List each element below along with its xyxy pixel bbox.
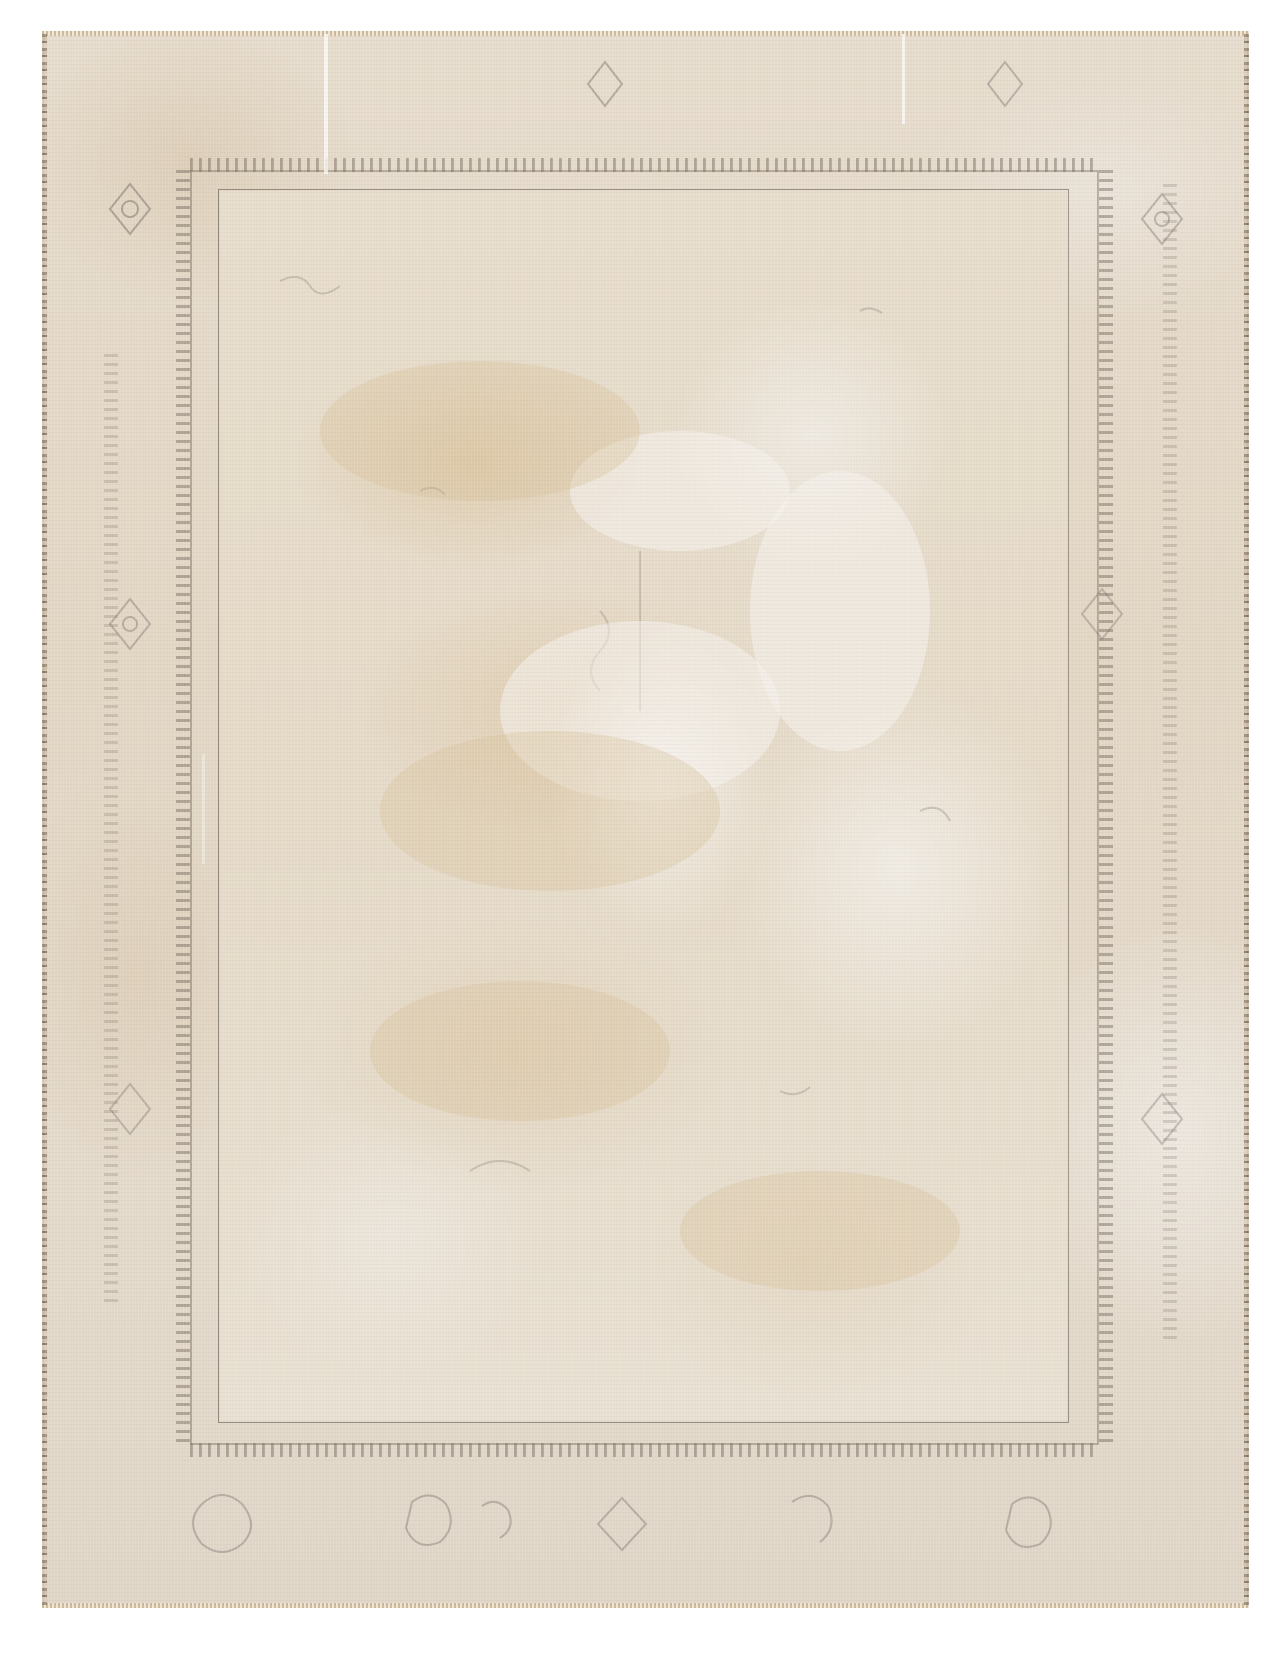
rug: [42, 34, 1249, 1605]
field-medallion-traces: [220, 191, 1067, 1421]
right-border-rosette-icon: [1122, 1084, 1202, 1154]
rug-fringe-bottom: [42, 1603, 1249, 1608]
left-border-rosette-icon: [90, 589, 170, 659]
worn-streak: [902, 34, 905, 124]
right-border-rosette-icon: [1062, 579, 1142, 649]
rug-selvedge-right: [1244, 34, 1249, 1605]
top-border-rosette-icon: [970, 54, 1040, 114]
rug-selvedge-left: [42, 34, 47, 1605]
right-guard-pattern: [1099, 170, 1113, 1445]
top-border-rosette-icon: [570, 54, 640, 114]
left-border-rosette-icon: [90, 174, 170, 244]
worn-streak: [324, 34, 328, 174]
bottom-guard-pattern: [190, 1443, 1099, 1457]
right-outer-minor-guard: [1163, 184, 1177, 1345]
left-guard-pattern: [176, 170, 190, 1445]
left-outer-minor-guard: [104, 354, 118, 1305]
rug-fringe-top: [42, 31, 1249, 36]
rug-field: [220, 191, 1067, 1421]
bottom-border-floral-icons: [152, 1484, 1152, 1574]
worn-streak: [202, 754, 205, 864]
right-border-rosette-icon: [1122, 184, 1202, 254]
left-border-rosette-icon: [90, 1074, 170, 1144]
